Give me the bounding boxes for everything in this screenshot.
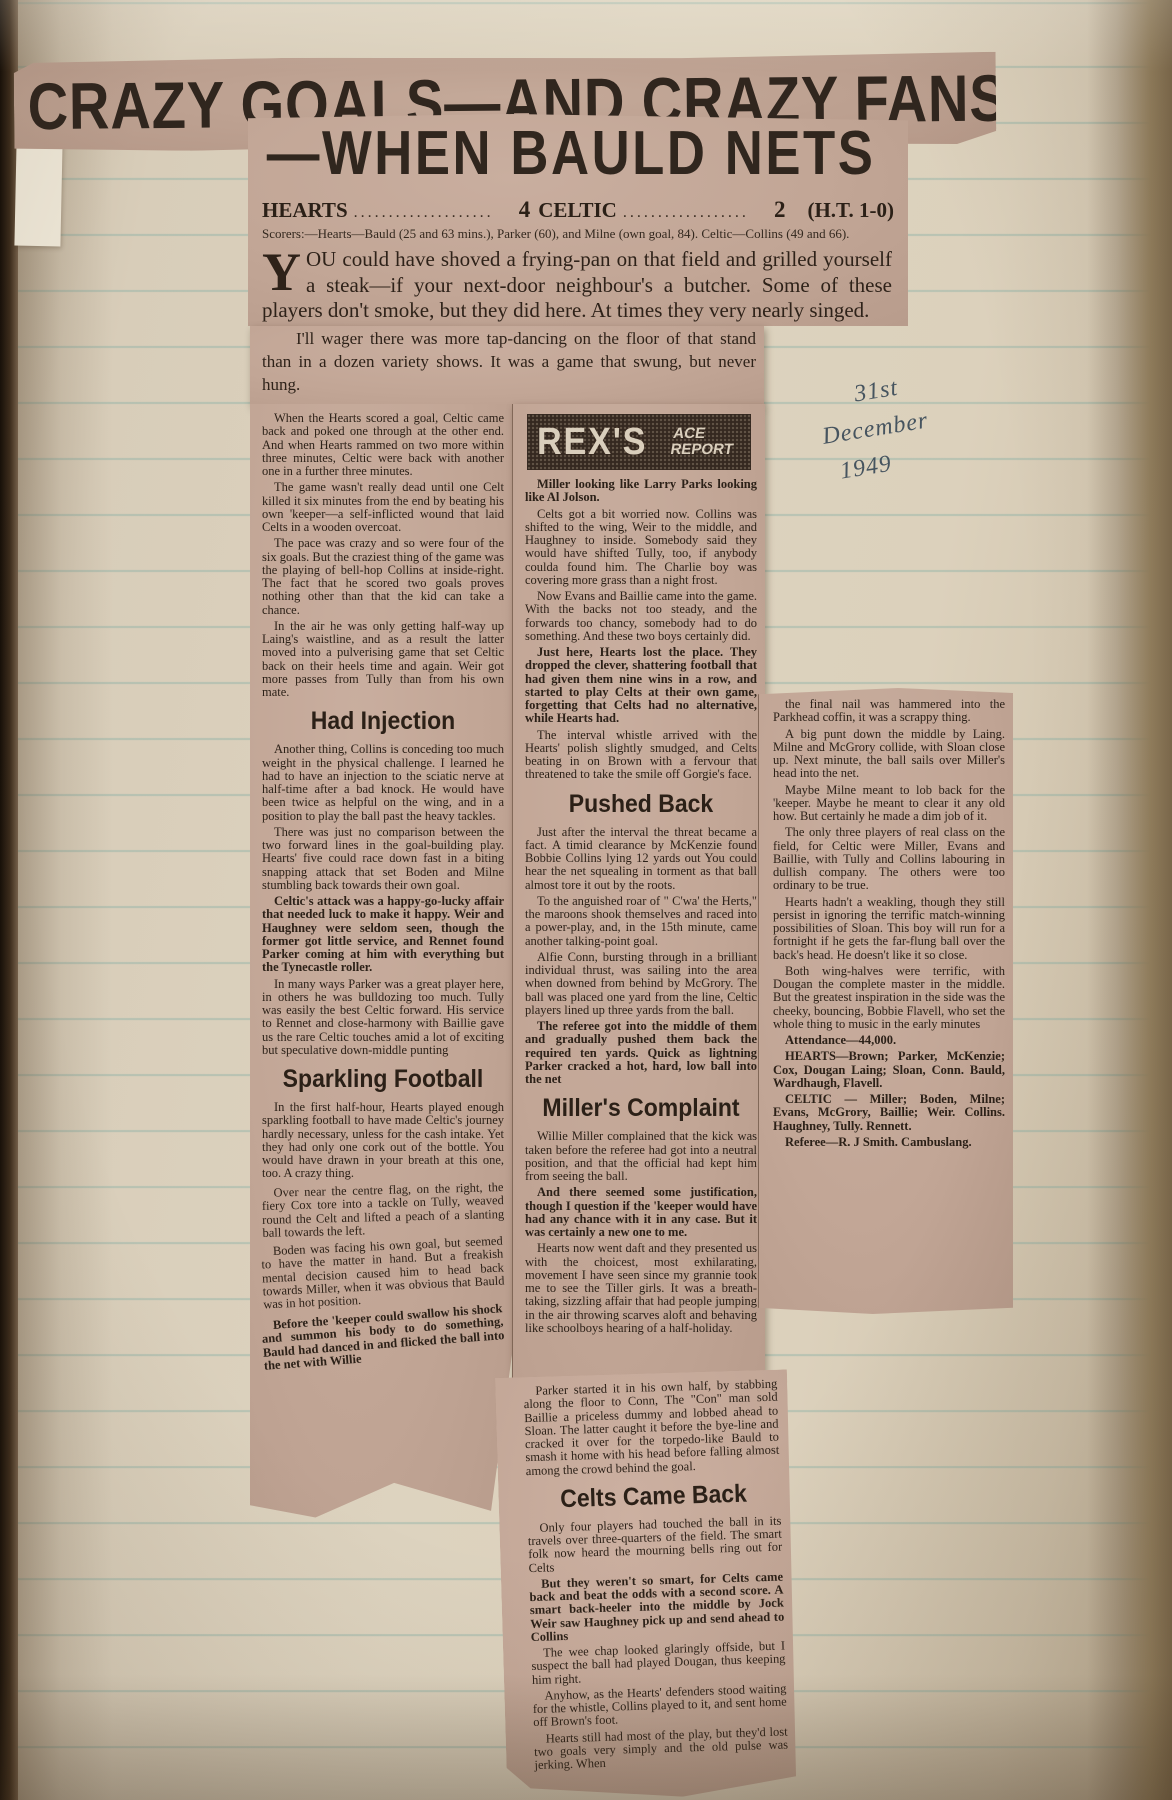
- article-paragraph: Only four players had touched the ball i…: [527, 1514, 782, 1575]
- section-heading: Had Injection: [272, 707, 495, 736]
- article-paragraph: Hearts still had most of the play, but t…: [534, 1725, 789, 1772]
- leader-dots: ..................: [623, 204, 760, 222]
- bottom-strip-clipping: Parker started it in his own half, by st…: [495, 1369, 799, 1800]
- article-paragraph: Over near the centre flag, on the right,…: [261, 1181, 504, 1240]
- article-paragraph: Celts got a bit worried now. Collins was…: [525, 508, 757, 588]
- article-paragraph: Boden was facing his own goal, but seeme…: [261, 1234, 506, 1311]
- handwritten-date: 31st December 1949: [808, 362, 964, 494]
- middle-column: REX'S ACE REPORT Miller looking like Lar…: [513, 404, 765, 1335]
- left-column: When the Hearts scored a goal, Celtic ca…: [250, 404, 512, 1362]
- lead-paragraph: YOU could have shoved a frying-pan on th…: [248, 241, 908, 323]
- article-paragraph: Hearts hadn't a weakling, though they st…: [773, 896, 1005, 962]
- intro-clipping: I'll wager there was more tap-dancing on…: [250, 326, 764, 406]
- scorers-line: Scorers:—Hearts—Bauld (25 and 63 mins.),…: [248, 223, 908, 241]
- article-paragraph: Miller looking like Larry Parks looking …: [525, 478, 757, 505]
- article-paragraph: To the anguished roar of " C'wa' the Her…: [525, 895, 757, 948]
- article-paragraph: And there seemed some justification, tho…: [525, 1186, 757, 1239]
- article-paragraph: The pace was crazy and so were four of t…: [262, 537, 504, 617]
- badge-title: REX'S: [537, 421, 647, 464]
- lead-text: OU could have shoved a frying-pan on tha…: [262, 247, 892, 321]
- halftime-score: (H.T. 1-0): [807, 198, 894, 223]
- section-heading: Pushed Back: [534, 790, 747, 819]
- home-team: HEARTS: [262, 198, 348, 223]
- badge-sub-line2: REPORT: [669, 441, 735, 458]
- badge-subtitle: ACE REPORT: [669, 426, 737, 458]
- bottom-strip-column: Parker started it in his own half, by st…: [495, 1369, 799, 1773]
- article-paragraph: CELTIC — Miller; Boden, Milne; Evans, Mc…: [773, 1093, 1005, 1133]
- article-paragraph: In the air he was only getting half-way …: [262, 620, 504, 700]
- article-paragraph: The referee got into the middle of them …: [525, 1020, 757, 1086]
- article-paragraph: The interval whistle arrived with the He…: [525, 729, 757, 782]
- article-paragraph: In the first half-hour, Hearts played en…: [262, 1101, 504, 1181]
- article-paragraph: Just after the interval the threat becam…: [525, 826, 757, 892]
- rexs-ace-report-badge: REX'S ACE REPORT: [527, 414, 751, 470]
- article-paragraph: Anyhow, as the Hearts' defenders stood w…: [532, 1682, 787, 1729]
- article-paragraph: Just here, Hearts lost the place. They d…: [525, 646, 757, 726]
- article-paragraph: Referee—R. J Smith. Cambuslang.: [773, 1136, 1005, 1149]
- right-column: the final nail was hammered into the Par…: [759, 688, 1013, 1149]
- article-paragraph: Alfie Conn, bursting through in a brilli…: [525, 951, 757, 1017]
- scrapbook-page: CRAZY GOALS—AND CRAZY FANS —WHEN BAULD N…: [0, 0, 1172, 1800]
- article-paragraph: The game wasn't really dead until one Ce…: [262, 481, 504, 534]
- article-paragraph: Another thing, Collins is conceding too …: [262, 743, 504, 823]
- page-edge-right: [1087, 0, 1172, 1800]
- article-paragraph: the final nail was hammered into the Par…: [773, 698, 1005, 725]
- section-heading: Miller's Complaint: [534, 1094, 747, 1123]
- article-paragraph: The only three players of real class on …: [773, 826, 1005, 892]
- book-spine: [0, 0, 18, 1800]
- article-paragraph: Maybe Milne meant to lob back for the 'k…: [773, 784, 1005, 824]
- article-paragraph: The wee chap looked glaringly offside, b…: [531, 1640, 786, 1687]
- section-heading: Sparkling Football: [272, 1065, 495, 1094]
- section-heading: Celts Came Back: [536, 1479, 770, 1515]
- article-paragraph: HEARTS—Brown; Parker, McKenzie; Cox, Dou…: [773, 1050, 1005, 1090]
- article-paragraph: Celtic's attack was a happy-go-lucky aff…: [262, 895, 504, 975]
- middle-column-clipping: REX'S ACE REPORT Miller looking like Lar…: [512, 404, 765, 1414]
- page-edge-left: [18, 0, 113, 1800]
- article-paragraph: Before the 'keeper could swallow his sho…: [261, 1302, 506, 1373]
- article-paragraph: Parker started it in his own half, by st…: [523, 1378, 780, 1478]
- article-paragraph: Attendance—44,000.: [773, 1034, 1005, 1047]
- drop-cap: Y: [262, 247, 306, 294]
- away-score: 2: [774, 197, 786, 223]
- article-paragraph: There was just no comparison between the…: [262, 826, 504, 892]
- article-paragraph: But they weren't so smart, for Celts cam…: [529, 1570, 785, 1644]
- article-paragraph: When the Hearts scored a goal, Celtic ca…: [262, 412, 504, 478]
- right-column-clipping: the final nail was hammered into the Par…: [758, 688, 1013, 1314]
- article-paragraph: Both wing-halves were terrific, with Dou…: [773, 965, 1005, 1031]
- article-paragraph: Hearts now went daft and they presented …: [525, 1242, 757, 1335]
- middle-column-text: Miller looking like Larry Parks looking …: [525, 478, 757, 1335]
- leader-dots: ....................: [354, 204, 505, 222]
- score-line: HEARTS .................... 4 CELTIC ...…: [248, 189, 908, 223]
- article-paragraph: Willie Miller complained that the kick w…: [525, 1130, 757, 1183]
- masthead-clipping: —WHEN BAULD NETS HEARTS ................…: [248, 114, 908, 326]
- article-paragraph: Now Evans and Baillie came into the game…: [525, 590, 757, 643]
- article-paragraph: A big punt down the middle by Laing. Mil…: [773, 728, 1005, 781]
- badge-sub-line1: ACE: [671, 425, 706, 442]
- away-team: CELTIC: [538, 198, 617, 223]
- article-paragraph: In many ways Parker was a great player h…: [262, 978, 504, 1058]
- home-score: 4: [519, 197, 531, 223]
- left-column-clipping: When the Hearts scored a goal, Celtic ca…: [250, 404, 512, 1522]
- intro-paragraph: I'll wager there was more tap-dancing on…: [250, 326, 764, 397]
- sub-headline: —WHEN BAULD NETS: [248, 114, 875, 189]
